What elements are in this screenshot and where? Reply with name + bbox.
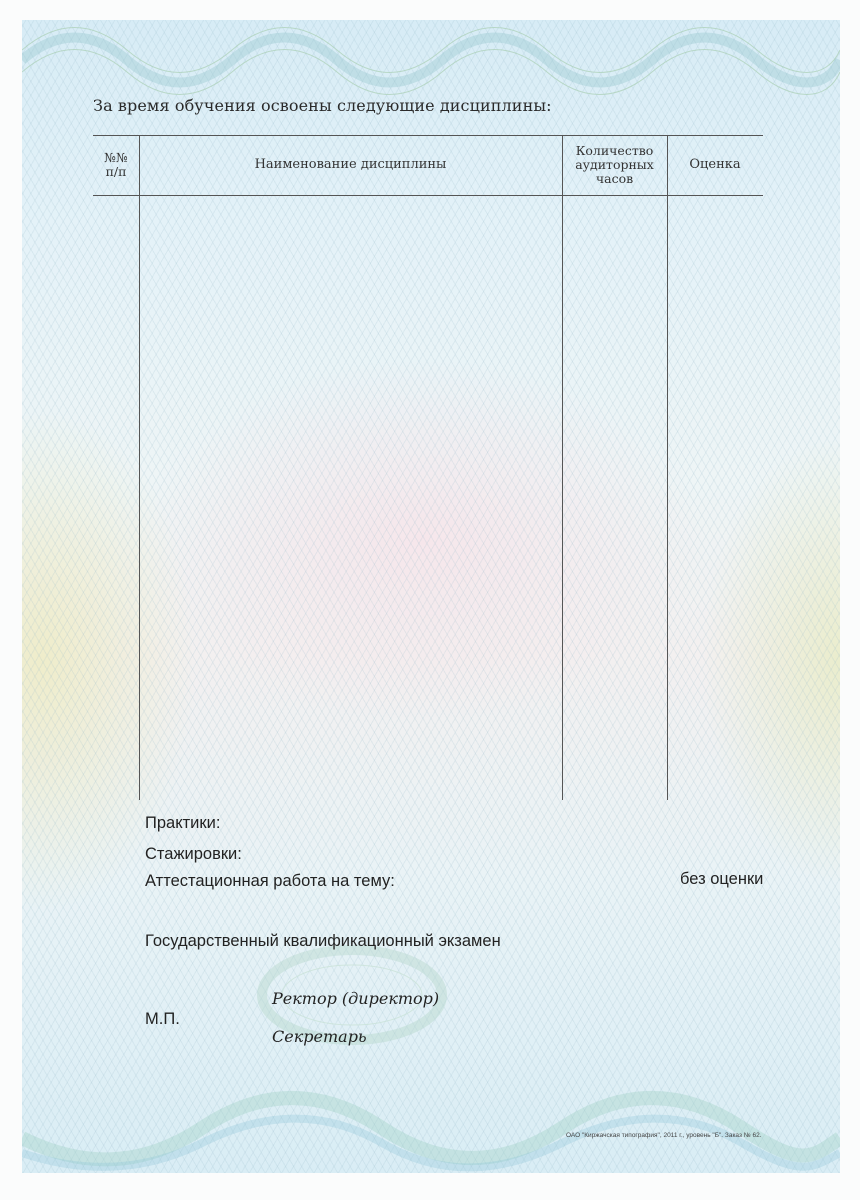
guilloche-border-bottom [22,1078,840,1173]
guilloche-border-top [22,20,840,100]
printer-footer: ОАО "Киржачская типография", 2011 г., ур… [566,1132,762,1139]
disciplines-table: №№ п/п Наименование дисциплины Количеств… [93,135,763,800]
disciplines-intro: За время обучения освоены следующие дисц… [93,96,552,115]
header-discipline-name: Наименование дисциплины [139,135,562,195]
column-divider [562,135,563,800]
header-hours-line2: аудиторных [575,158,654,172]
header-grade: Оценка [667,135,763,195]
rector-label: Ректор (директор) [272,989,439,1008]
practices-label: Практики: [145,814,220,833]
stamp-label: М.П. [145,1010,180,1029]
secretary-label: Секретарь [272,1027,367,1046]
header-number: №№ п/п [93,135,139,195]
header-number-line1: №№ [104,151,128,165]
state-exam-label: Государственный квалификационный экзамен [145,932,501,951]
header-hours-line3: часов [596,172,633,186]
header-hours-line1: Количество [576,144,654,158]
table-header-rule [93,195,763,196]
thesis-grade: без оценки [680,870,763,889]
column-divider [667,135,668,800]
header-hours: Количество аудиторных часов [562,135,667,195]
thesis-label: Аттестационная работа на тему: [145,872,395,891]
header-number-line2: п/п [106,165,127,179]
internships-label: Стажировки: [145,845,242,864]
column-divider [139,135,140,800]
